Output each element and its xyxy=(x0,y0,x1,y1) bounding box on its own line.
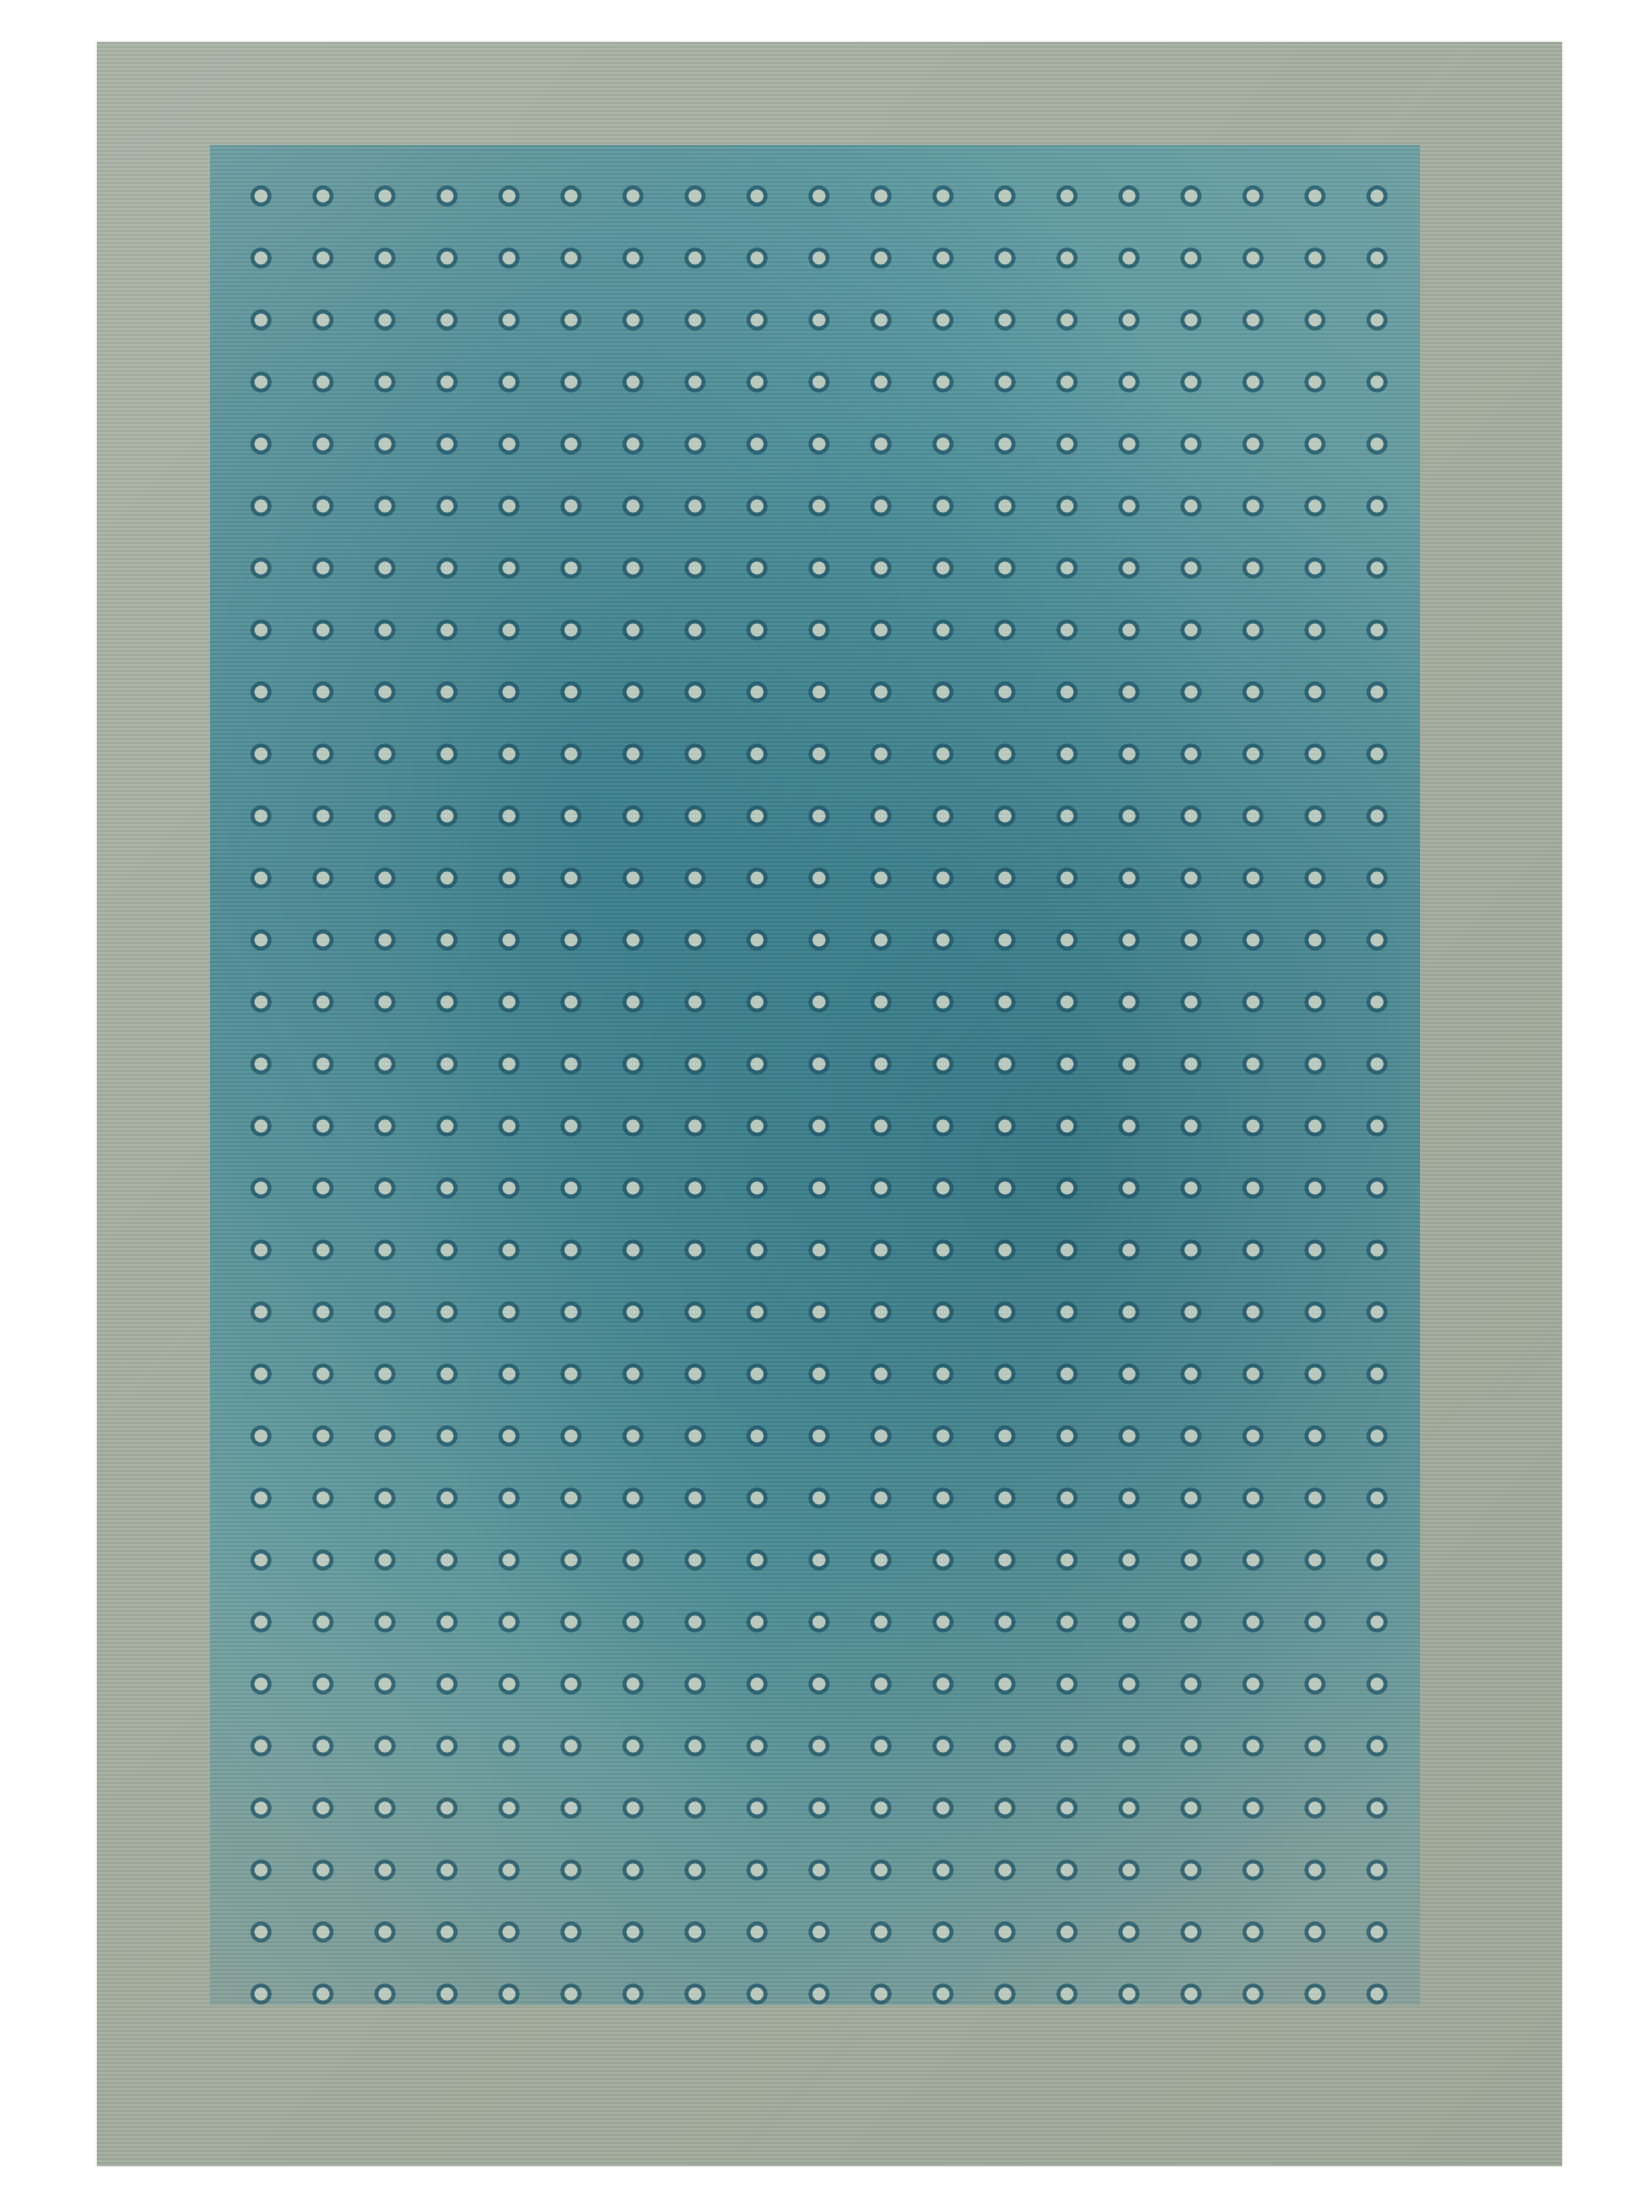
rug xyxy=(97,42,1562,2166)
weave-texture xyxy=(210,145,1420,2005)
rug-field xyxy=(210,145,1420,2005)
